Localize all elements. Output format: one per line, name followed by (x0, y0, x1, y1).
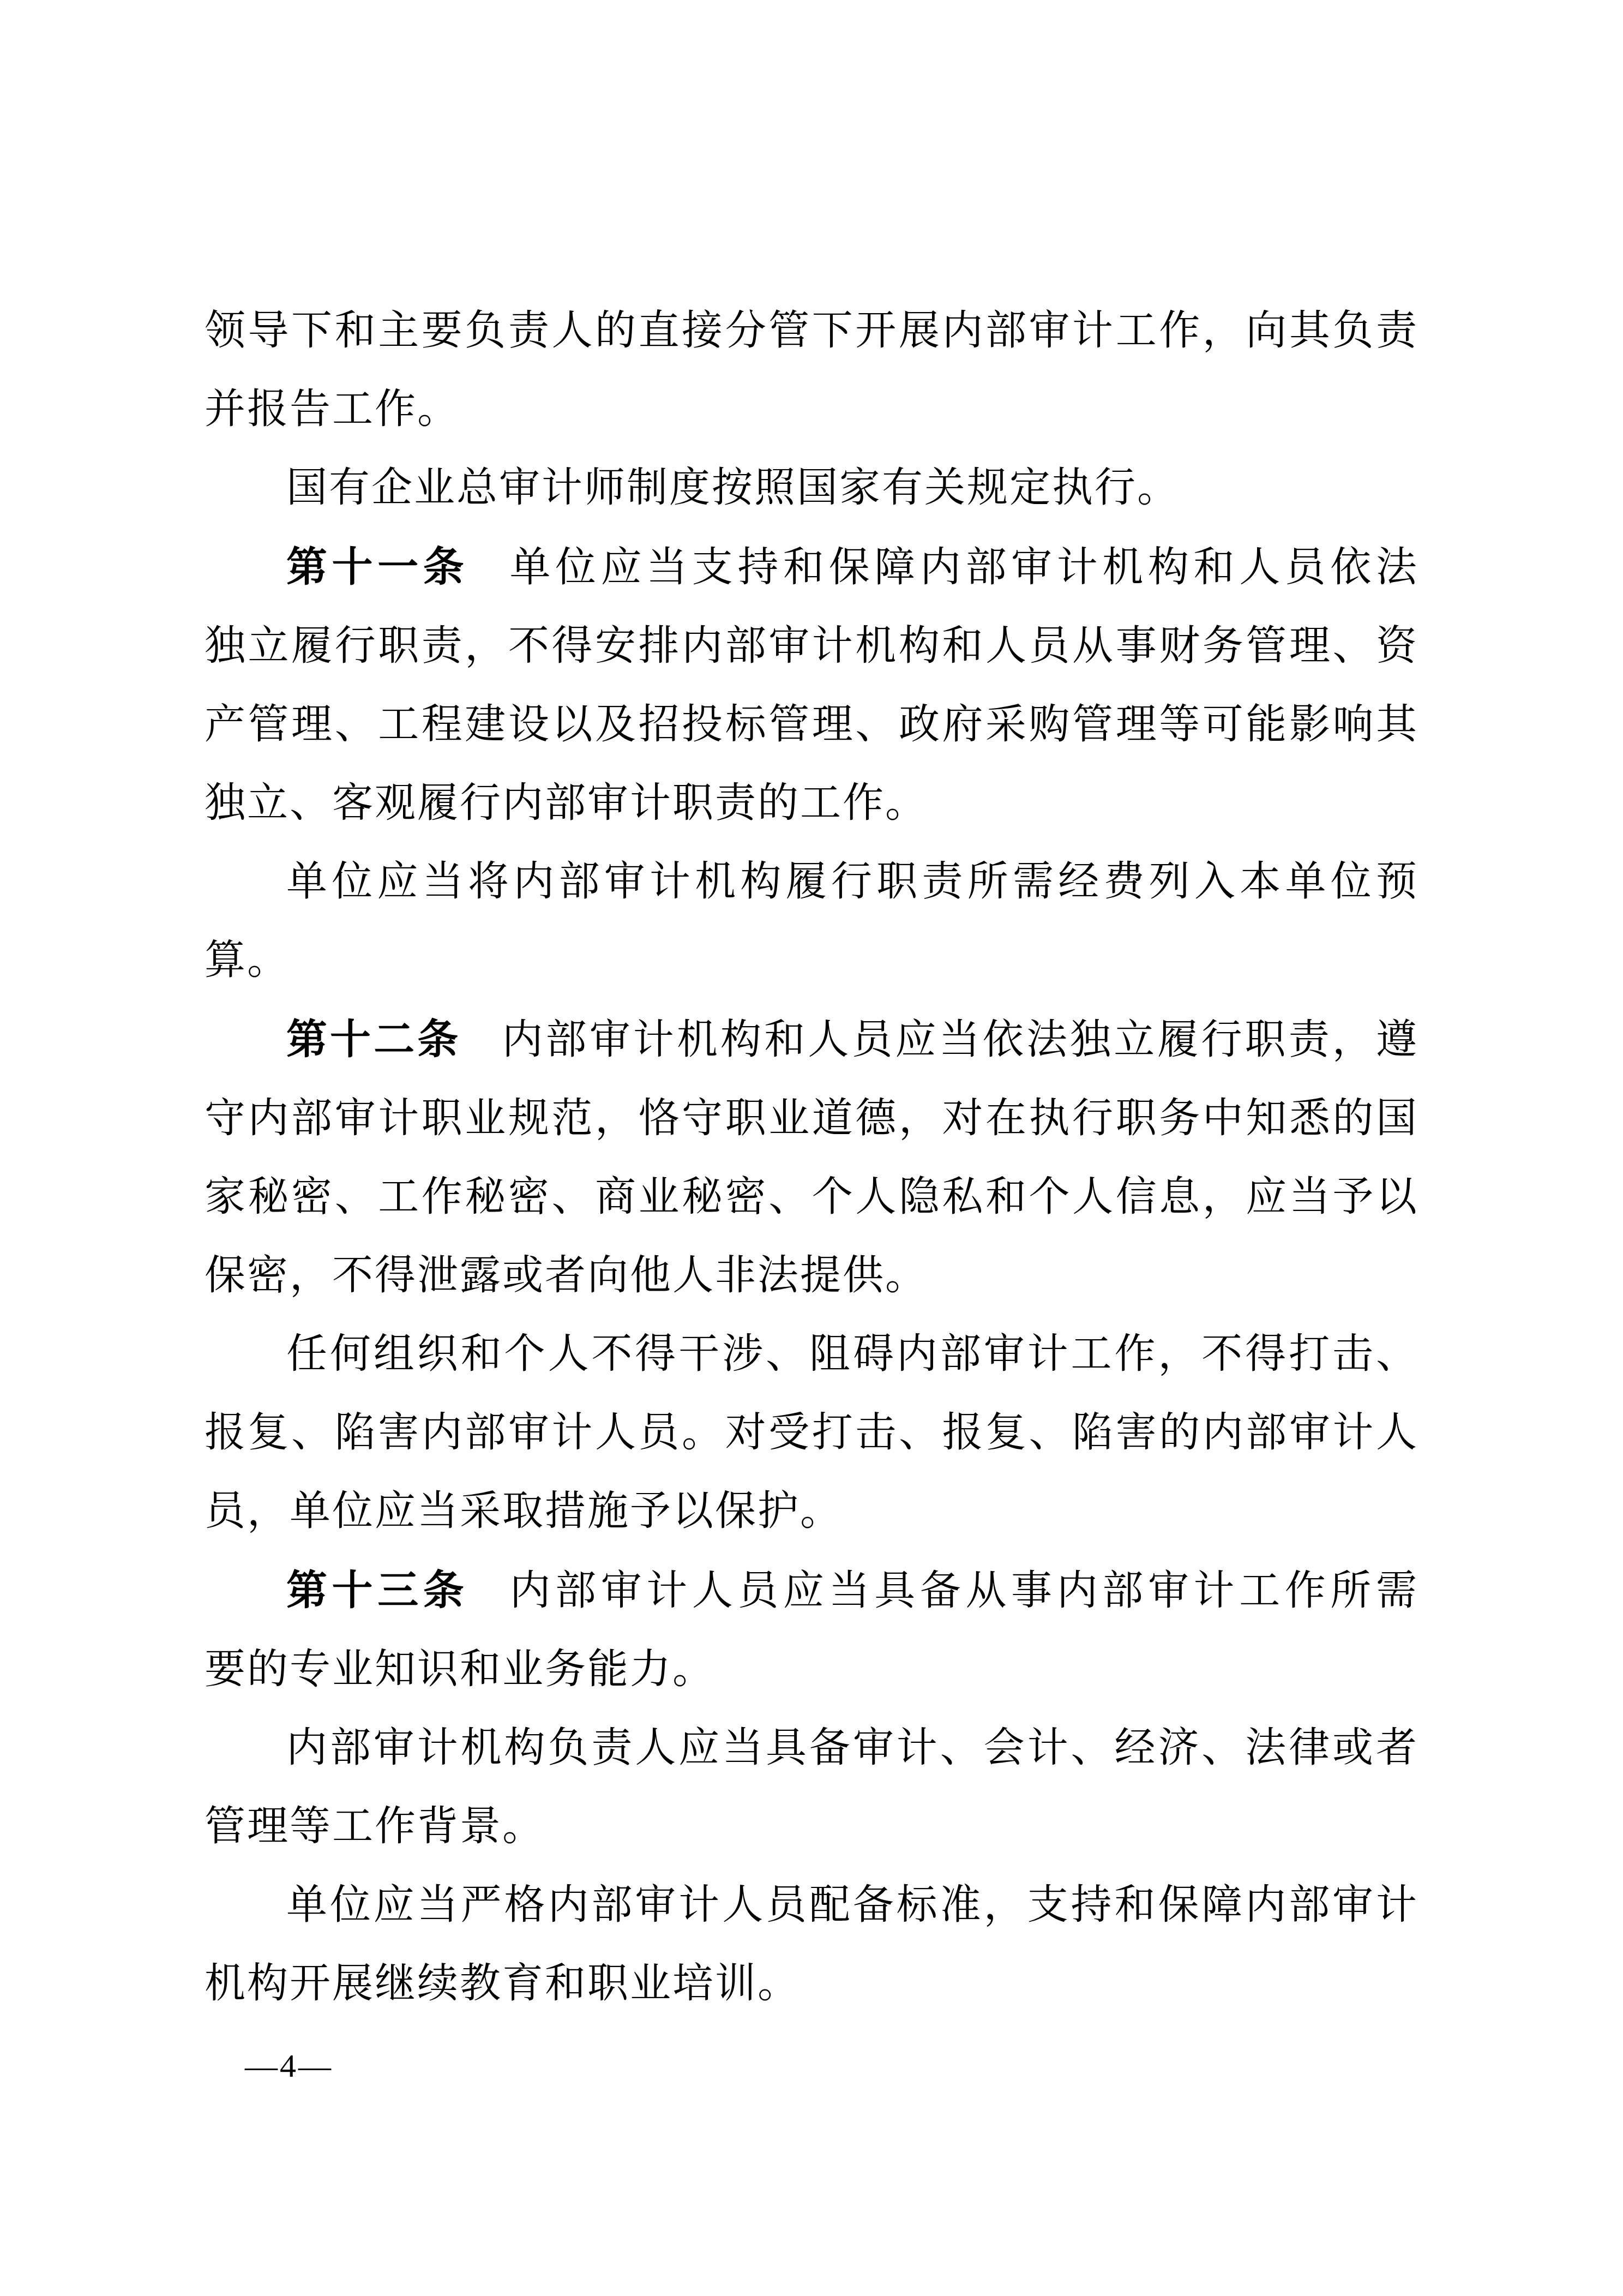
text-line: 管理等工作背景。 (205, 1788, 1418, 1866)
line-text: 单位应当严格内部审计人员配备标准，支持和保障内部审计 (286, 1883, 1418, 1928)
line-text: 保密，不得泄露或者向他人非法提供。 (205, 1253, 928, 1298)
text-line: 内部审计机构负责人应当具备审计、会计、经济、法律或者 (205, 1709, 1418, 1788)
document-body: 领导下和主要负责人的直接分管下开展内部审计工作，向其负责并报告工作。国有企业总审… (205, 292, 1418, 2023)
page-number: —4— (245, 2041, 333, 2090)
article-number: 第十一条 (286, 544, 468, 590)
line-text: 任何组织和个人不得干涉、阻碍内部审计工作，不得打击、 (286, 1332, 1418, 1377)
text-line: 算。 (205, 921, 1418, 1000)
text-line: 要的专业知识和业务能力。 (205, 1630, 1418, 1709)
text-line: 第十二条内部审计机构和人员应当依法独立履行职责，遵 (205, 1000, 1418, 1080)
text-line: 员，单位应当采取措施予以保护。 (205, 1472, 1418, 1551)
line-text: 领导下和主要负责人的直接分管下开展内部审计工作，向其负责 (205, 308, 1418, 353)
line-text: 守内部审计职业规范，恪守职业道德，对在执行职务中知悉的国 (205, 1096, 1418, 1141)
text-line: 任何组织和个人不得干涉、阻碍内部审计工作，不得打击、 (205, 1315, 1418, 1394)
line-text: 员，单位应当采取措施予以保护。 (205, 1489, 843, 1534)
article-number: 第十三条 (286, 1567, 468, 1613)
text-line: 并报告工作。 (205, 370, 1418, 449)
line-text: 内部审计机构和人员应当依法独立履行职责，遵 (502, 1017, 1418, 1063)
line-text: 内部审计机构负责人应当具备审计、会计、经济、法律或者 (286, 1725, 1418, 1771)
text-line: 第十一条单位应当支持和保障内部审计机构和人员依法 (205, 527, 1418, 607)
text-line: 保密，不得泄露或者向他人非法提供。 (205, 1237, 1418, 1315)
line-text: 产管理、工程建设以及招投标管理、政府采购管理等可能影响其 (205, 702, 1418, 747)
text-line: 守内部审计职业规范，恪守职业道德，对在执行职务中知悉的国 (205, 1080, 1418, 1158)
text-line: 领导下和主要负责人的直接分管下开展内部审计工作，向其负责 (205, 292, 1418, 370)
line-text: 算。 (205, 938, 290, 983)
line-text: 独立、客观履行内部审计职责的工作。 (205, 781, 928, 826)
text-line: 机构开展继续教育和职业培训。 (205, 1945, 1418, 2023)
text-line: 家秘密、工作秘密、商业秘密、个人隐私和个人信息，应当予以 (205, 1158, 1418, 1237)
line-text: 国有企业总审计师制度按照国家有关规定执行。 (286, 465, 1180, 511)
article-number: 第十二条 (286, 1016, 461, 1062)
line-text: 机构开展继续教育和职业培训。 (205, 1961, 800, 2006)
line-text: 管理等工作背景。 (205, 1804, 545, 1849)
line-text: 并报告工作。 (205, 387, 460, 432)
text-line: 单位应当严格内部审计人员配备标准，支持和保障内部审计 (205, 1866, 1418, 1945)
text-line: 国有企业总审计师制度按照国家有关规定执行。 (205, 449, 1418, 527)
line-text: 报复、陷害内部审计人员。对受打击、报复、陷害的内部审计人 (205, 1410, 1418, 1455)
line-text: 内部审计人员应当具备从事内部审计工作所需 (509, 1568, 1418, 1614)
line-text: 要的专业知识和业务能力。 (205, 1647, 715, 1692)
text-line: 第十三条内部审计人员应当具备从事内部审计工作所需 (205, 1551, 1418, 1630)
document-page: 领导下和主要负责人的直接分管下开展内部审计工作，向其负责并报告工作。国有企业总审… (0, 0, 1623, 2296)
text-line: 报复、陷害内部审计人员。对受打击、报复、陷害的内部审计人 (205, 1394, 1418, 1472)
line-text: 家秘密、工作秘密、商业秘密、个人隐私和个人信息，应当予以 (205, 1174, 1418, 1220)
text-line: 独立履行职责，不得安排内部审计机构和人员从事财务管理、资 (205, 607, 1418, 686)
text-line: 产管理、工程建设以及招投标管理、政府采购管理等可能影响其 (205, 686, 1418, 764)
line-text: 单位应当将内部审计机构履行职责所需经费列入本单位预 (286, 859, 1418, 904)
text-line: 独立、客观履行内部审计职责的工作。 (205, 764, 1418, 843)
line-text: 单位应当支持和保障内部审计机构和人员依法 (509, 545, 1418, 590)
line-text: 独立履行职责，不得安排内部审计机构和人员从事财务管理、资 (205, 624, 1418, 669)
text-line: 单位应当将内部审计机构履行职责所需经费列入本单位预 (205, 843, 1418, 921)
